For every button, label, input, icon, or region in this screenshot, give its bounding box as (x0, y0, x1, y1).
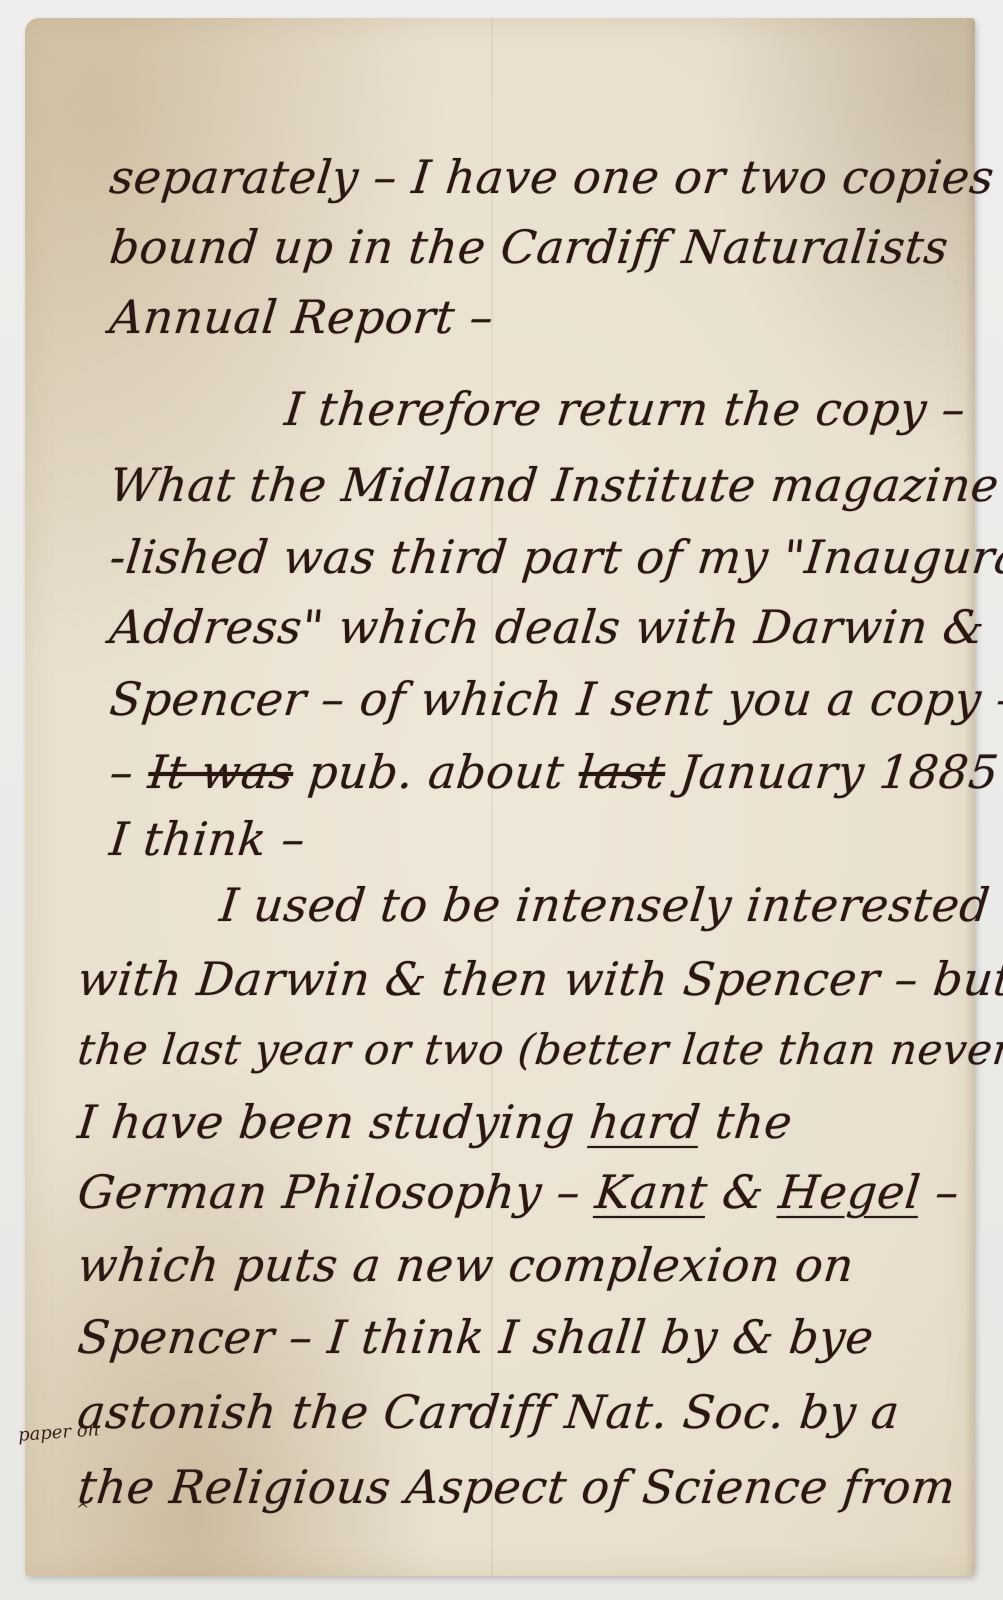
letter-line-10: I think – (107, 812, 308, 866)
underlined-word: Hegel (776, 1165, 923, 1219)
struck-word: last (576, 745, 668, 799)
letter-line-15: German Philosophy – Kant & Hegel – (75, 1165, 962, 1219)
insertion-caret-mark: ^ (76, 1500, 89, 1519)
letter-line-8: Spencer – of which I sent you a copy – (107, 672, 1003, 726)
struck-word: It was (146, 745, 296, 799)
underlined-word: Kant (593, 1165, 711, 1219)
letter-line-3: Annual Report – (107, 290, 496, 344)
letter-line-13: the last year or two (better late than n… (75, 1025, 1003, 1074)
letter-line-18: astonish the Cardiff Nat. Soc. by a (75, 1385, 902, 1439)
letter-line-12: with Darwin & then with Spencer – but (75, 952, 1003, 1006)
letter-line-19: the Religious Aspect of Science from (75, 1460, 958, 1514)
letter-line-17: Spencer – I think I shall by & bye (75, 1310, 876, 1364)
letter-line-16: which puts a new complexion on (75, 1238, 856, 1292)
letter-line-7: Address" which deals with Darwin & (107, 600, 987, 654)
letter-line-14: I have been studying hard the (75, 1095, 795, 1149)
letter-line-11: I used to be intensely interested (217, 878, 992, 932)
letter-line-9: – It was pub. about last January 1885 (107, 745, 1001, 799)
underlined-word: hard (587, 1095, 703, 1149)
letter-line-4: I therefore return the copy – (282, 382, 968, 436)
letter-line-5: What the Midland Institute magazine pub- (107, 458, 1003, 512)
letter-line-1: separately – I have one or two copies (107, 150, 997, 204)
letter-line-2: bound up in the Cardiff Naturalists (107, 220, 951, 274)
letter-line-6: -lished was third part of my "Inaugural (107, 530, 1003, 584)
